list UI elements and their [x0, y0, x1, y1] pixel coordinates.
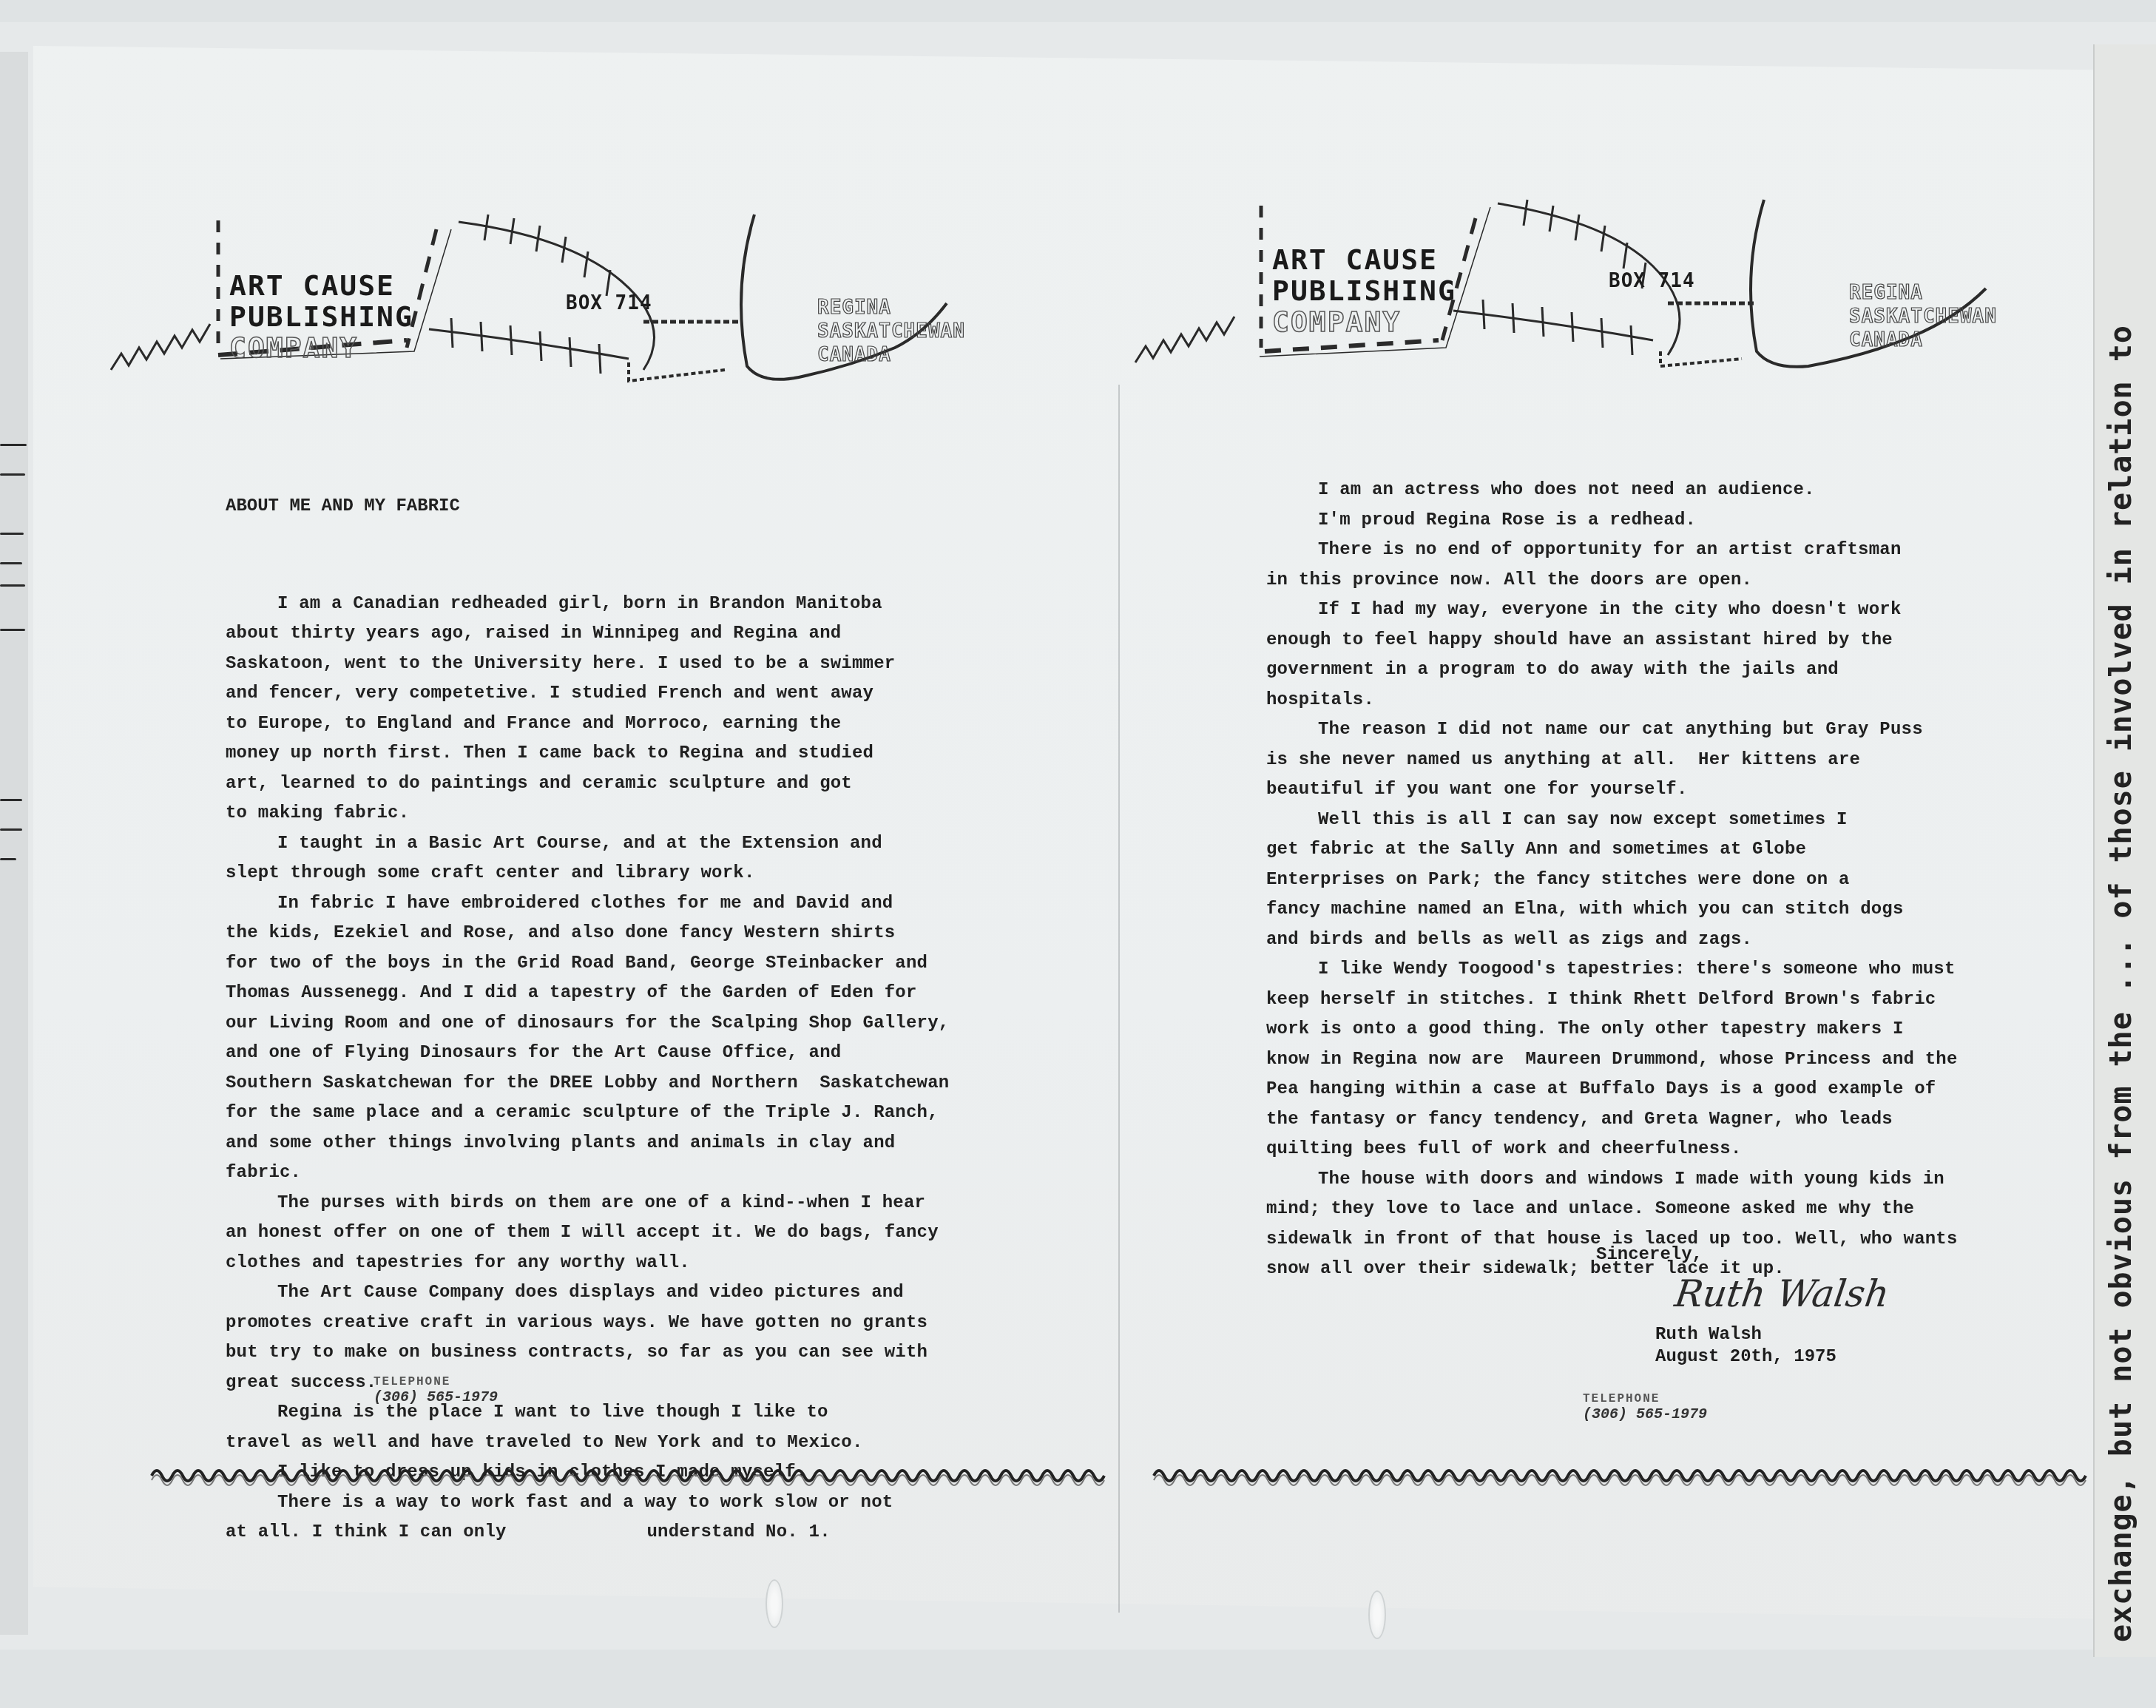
- text-line: In fabric I have embroidered clothes for…: [226, 889, 949, 919]
- pencil-mark: [0, 444, 27, 446]
- text-line: Enterprises on Park; the fancy stitches …: [1266, 865, 1958, 896]
- text-line: an honest offer on one of them I will ac…: [226, 1218, 949, 1249]
- pencil-mark: [0, 858, 16, 860]
- text-line: Southern Saskatchewan for the DREE Lobby…: [226, 1069, 949, 1099]
- text-line: art, learned to do paintings and ceramic…: [226, 769, 949, 800]
- text-line: fabric.: [226, 1158, 949, 1189]
- pencil-mark: [0, 584, 25, 587]
- punch-hole: [1368, 1590, 1386, 1639]
- text-line: clothes and tapestries for any worthy wa…: [226, 1249, 949, 1279]
- letterhead-left: ART CAUSE PUBLISHING COMPANY BOX 714 REG…: [111, 200, 1146, 396]
- right-paragraphs: I am an actress who does not need an aud…: [1266, 476, 1958, 1285]
- wavy-border-right: [1154, 1461, 2071, 1498]
- text-line: Saskatoon, went to the University here. …: [226, 649, 949, 680]
- rotated-background-text: exchange, but not obvious from the ... o…: [2104, 325, 2138, 1642]
- text-line: to making fabric.: [226, 799, 949, 829]
- wavy-border-left: [152, 1461, 1098, 1498]
- text-line: know in Regina now are Maureen Drummond,…: [1266, 1045, 1958, 1076]
- right-column-text: I am an actress who does not need an aud…: [1266, 416, 1958, 1314]
- text-line: great success.: [226, 1368, 949, 1399]
- left-paragraphs: I am a Canadian redheaded girl, born in …: [226, 590, 949, 1548]
- text-line: and fencer, very competetive. I studied …: [226, 679, 949, 709]
- text-line: at all. I think I can only understand No…: [226, 1518, 949, 1548]
- text-line: quilting bees full of work and cheerfuln…: [1266, 1135, 1958, 1165]
- phone-stamp-left: TELEPHONE (306) 565-1979: [374, 1374, 498, 1406]
- signature-block: Ruth Walsh August 20th, 1975: [1655, 1324, 1836, 1368]
- left-column-text: ABOUT ME AND MY FABRIC I am a Canadian r…: [226, 432, 949, 1578]
- text-line: I'm proud Regina Rose is a redhead.: [1266, 506, 1958, 536]
- letterhead-address: REGINA SASKATCHEWAN CANADA: [1849, 281, 1997, 352]
- text-line: work is onto a good thing. The only othe…: [1266, 1015, 1958, 1045]
- pencil-mark: [0, 799, 22, 801]
- letter-date: August 20th, 1975: [1655, 1346, 1836, 1368]
- text-line: for the same place and a ceramic sculptu…: [226, 1098, 949, 1129]
- text-line: I taught in a Basic Art Course, and at t…: [226, 829, 949, 860]
- letterhead-address: REGINA SASKATCHEWAN CANADA: [817, 296, 965, 367]
- letterhead-company-name: ART CAUSE PUBLISHING COMPANY: [229, 270, 413, 363]
- text-line: the kids, Ezekiel and Rose, and also don…: [226, 919, 949, 949]
- text-line: and one of Flying Dinosaurs for the Art …: [226, 1039, 949, 1069]
- text-line: mind; they love to lace and unlace. Some…: [1266, 1195, 1958, 1225]
- text-line: get fabric at the Sally Ann and sometime…: [1266, 835, 1958, 865]
- text-line: and birds and bells as well as zigs and …: [1266, 925, 1958, 956]
- pencil-mark: [0, 473, 25, 476]
- text-line: our Living Room and one of dinosaurs for…: [226, 1009, 949, 1039]
- typed-name: Ruth Walsh: [1655, 1324, 1836, 1346]
- text-line: Well this is all I can say now except so…: [1266, 806, 1958, 836]
- text-line: about thirty years ago, raised in Winnip…: [226, 619, 949, 649]
- text-line: for two of the boys in the Grid Road Ban…: [226, 949, 949, 979]
- left-underlying-sheet-edge: [0, 52, 28, 1635]
- text-line: The reason I did not name our cat anythi…: [1266, 715, 1958, 746]
- text-line: The Art Cause Company does displays and …: [226, 1278, 949, 1309]
- text-line: but try to make on business contracts, s…: [226, 1338, 949, 1368]
- text-line: government in a program to do away with …: [1266, 655, 1958, 686]
- text-line: fancy machine named an Elna, with which …: [1266, 895, 1958, 925]
- pencil-mark: [0, 562, 22, 564]
- pencil-mark: [0, 533, 24, 535]
- text-line: If I had my way, everyone in the city wh…: [1266, 595, 1958, 626]
- text-line: to Europe, to England and France and Mor…: [226, 709, 949, 740]
- pencil-mark: [0, 828, 22, 831]
- pencil-mark: [0, 629, 25, 631]
- letterhead-right: ART CAUSE PUBLISHING COMPANY BOX 714 REG…: [1135, 185, 2156, 381]
- column-divider: [1118, 385, 1120, 1613]
- article-title: ABOUT ME AND MY FABRIC: [226, 492, 949, 522]
- text-line: There is no end of opportunity for an ar…: [1266, 536, 1958, 566]
- handwritten-signature: Ruth Walsh: [1672, 1272, 1892, 1315]
- text-line: Pea hanging within a case at Buffalo Day…: [1266, 1075, 1958, 1105]
- phone-stamp-right: TELEPHONE (306) 565-1979: [1583, 1391, 1707, 1423]
- text-line: enough to feel happy should have an assi…: [1266, 626, 1958, 656]
- text-line: The house with doors and windows I made …: [1266, 1165, 1958, 1195]
- text-line: the fantasy or fancy tendency, and Greta…: [1266, 1105, 1958, 1135]
- closing: Sincerely,: [1596, 1245, 1703, 1265]
- text-line: and some other things involving plants a…: [226, 1129, 949, 1159]
- text-line: is she never named us anything at all. H…: [1266, 746, 1958, 776]
- text-line: beautiful if you want one for yourself.: [1266, 775, 1958, 806]
- text-line: I like Wendy Toogood's tapestries: there…: [1266, 955, 1958, 985]
- text-line: hospitals.: [1266, 686, 1958, 716]
- letterhead-company-name: ART CAUSE PUBLISHING COMPANY: [1272, 244, 1456, 337]
- text-line: I am a Canadian redheaded girl, born in …: [226, 590, 949, 620]
- text-line: money up north first. Then I came back t…: [226, 739, 949, 769]
- text-line: travel as well and have traveled to New …: [226, 1428, 949, 1459]
- text-line: promotes creative craft in various ways.…: [226, 1309, 949, 1339]
- text-line: keep herself in stitches. I think Rhett …: [1266, 985, 1958, 1016]
- text-line: I am an actress who does not need an aud…: [1266, 476, 1958, 506]
- letterhead-box-number: BOX 714: [1609, 270, 1695, 292]
- letterhead-box-number: BOX 714: [566, 292, 652, 314]
- punch-hole: [766, 1579, 783, 1628]
- text-line: in this province now. All the doors are …: [1266, 566, 1958, 596]
- text-line: slept through some craft center and libr…: [226, 859, 949, 889]
- text-line: Thomas Aussenegg. And I did a tapestry o…: [226, 979, 949, 1009]
- text-line: Regina is the place I want to live thoug…: [226, 1398, 949, 1428]
- text-line: The purses with birds on them are one of…: [226, 1189, 949, 1219]
